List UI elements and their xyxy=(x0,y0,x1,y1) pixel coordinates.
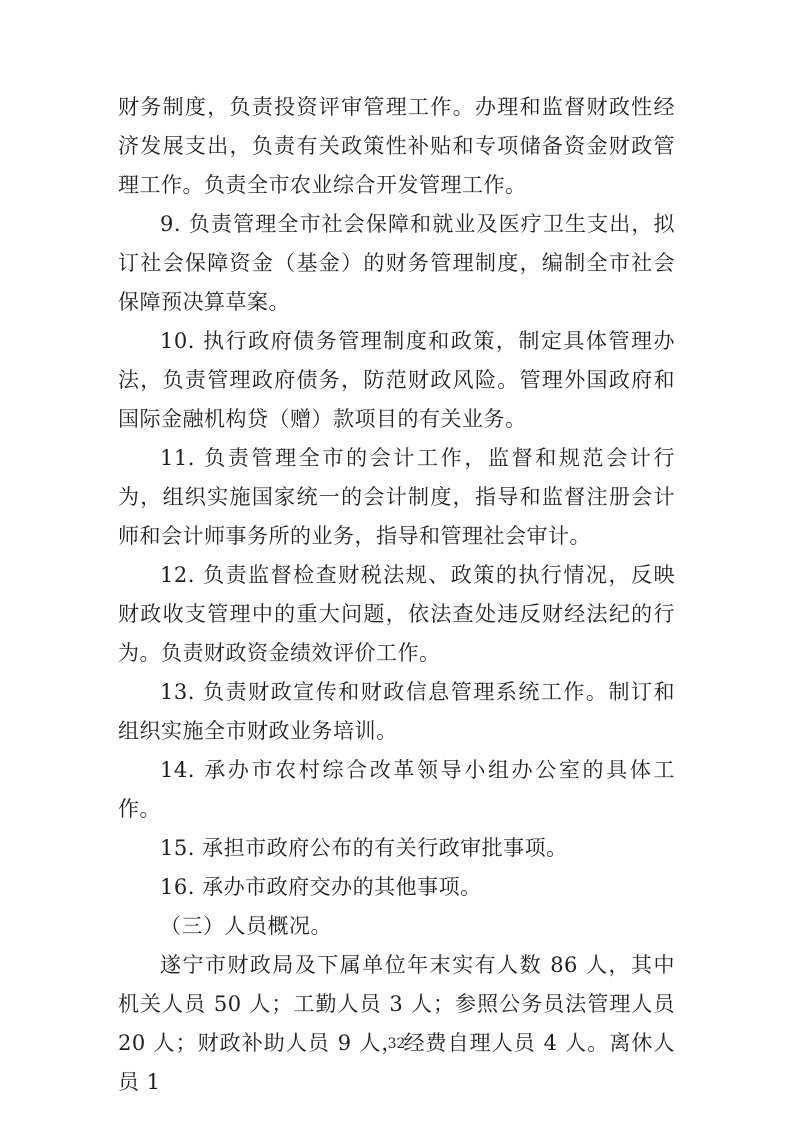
section-heading-personnel: （三）人员概况。 xyxy=(118,907,675,946)
paragraph-item-14: 14. 承办市农村综合改革领导小组办公室的具体工作。 xyxy=(118,751,675,829)
paragraph-item-11: 11. 负责管理全市的会计工作，监督和规范会计行为，组织实施国家统一的会计制度，… xyxy=(118,439,675,556)
paragraph-item-13: 13. 负责财政宣传和财政信息管理系统工作。制订和组织实施全市财政业务培训。 xyxy=(118,673,675,751)
document-body: 财务制度，负责投资评审管理工作。办理和监督财政性经济发展支出，负责有关政策性补贴… xyxy=(118,88,675,1102)
paragraph-item-15: 15. 承担市政府公布的有关行政审批事项。 xyxy=(118,829,675,868)
paragraph-item-12: 12. 负责监督检查财税法规、政策的执行情况，反映财政收支管理中的重大问题，依法… xyxy=(118,556,675,673)
document-page: 财务制度，负责投资评审管理工作。办理和监督财政性经济发展支出，负责有关政策性补贴… xyxy=(0,0,793,1122)
paragraph-item-16: 16. 承办市政府交办的其他事项。 xyxy=(118,868,675,907)
paragraph-item-10: 10. 执行政府债务管理制度和政策，制定具体管理办法，负责管理政府债务，防范财政… xyxy=(118,322,675,439)
page-number: 32 xyxy=(0,1036,793,1052)
paragraph-personnel-stats: 遂宁市财政局及下属单位年末实有人数 86 人，其中机关人员 50 人；工勤人员 … xyxy=(118,946,675,1102)
paragraph-item-9: 9. 负责管理全市社会保障和就业及医疗卫生支出，拟订社会保障资金（基金）的财务管… xyxy=(118,205,675,322)
paragraph-continuation: 财务制度，负责投资评审管理工作。办理和监督财政性经济发展支出，负责有关政策性补贴… xyxy=(118,88,675,205)
